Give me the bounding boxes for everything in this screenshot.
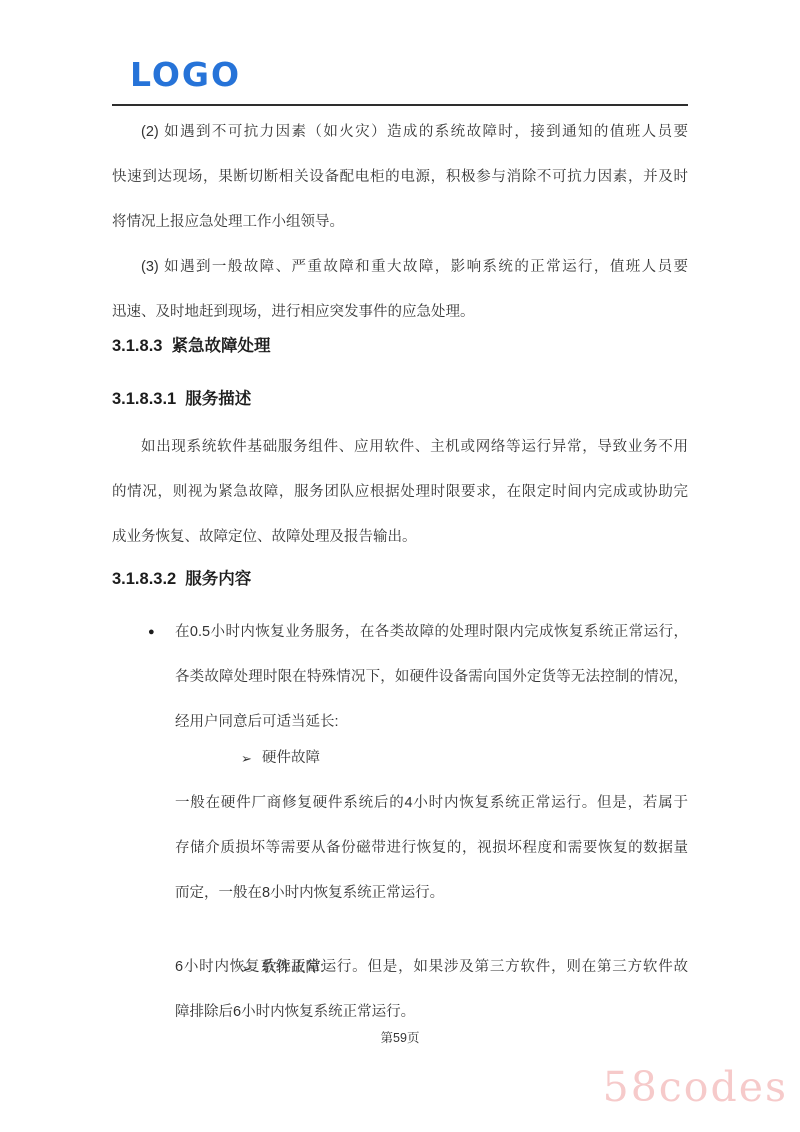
paragraph-3: (3) 如遇到一般故障、严重故障和重大故障，影响系统的正常运行，值班人员要 迅速… — [112, 245, 688, 335]
heading-number: 3.1.8.3.1 — [112, 390, 176, 408]
paragraph-line: 一般在硬件厂商修复硬件系统后的4小时内恢复系统正常运行。但是，若属于 — [112, 781, 688, 826]
paragraph-line: 的情况，则视为紧急故障，服务团队应根据处理时限要求，在限定时间内完成或协助完 — [112, 470, 688, 515]
header-divider — [112, 104, 688, 106]
bullet-line: 在0.5小时内恢复业务服务，在各类故障的处理时限内完成恢复系统正常运行， — [112, 610, 688, 655]
sub-bullet-hardware: ➢ 硬件故障 — [112, 736, 688, 781]
heading-number: 3.1.8.3 — [112, 337, 162, 355]
paragraph-line: 将情况上报应急处理工作小组领导。 — [112, 200, 688, 245]
paragraph-line: 6小时内恢复系统正常运行。但是，如果涉及第三方软件，则在第三方软件故 — [112, 945, 688, 990]
page-number: 第59页 — [0, 1028, 800, 1046]
paragraph-line: 存储介质损坏等需要从备份磁带进行恢复的，视损坏程度和需要恢复的数据量 — [112, 826, 688, 871]
paragraph-line: 快速到达现场，果断切断相关设备配电柜的电源，积极参与消除不可抗力因素，并及时 — [112, 155, 688, 200]
bullet-icon: ● — [148, 610, 155, 655]
company-logo: LOGO — [130, 55, 241, 94]
paragraph-2: (2) 如遇到不可抗力因素（如火灾）造成的系统故障时，接到通知的值班人员要 快速… — [112, 110, 688, 245]
paragraph-line: 如出现系统软件基础服务组件、应用软件、主机或网络等运行异常，导致业务不用 — [112, 425, 688, 470]
watermark-text: 58codes — [603, 1063, 788, 1111]
heading-text: 紧急故障处理 — [171, 337, 270, 355]
paragraph-line: 而定，一般在8小时内恢复系统正常运行。 — [112, 871, 688, 916]
arrow-bullet-icon: ➢ — [241, 736, 252, 781]
section-heading-3-1-8-3: 3.1.8.3紧急故障处理 — [112, 324, 688, 369]
software-fault-paragraph: 6小时内恢复系统正常运行。但是，如果涉及第三方软件，则在第三方软件故 障排除后6… — [112, 945, 688, 1035]
document-page: LOGO (2) 如遇到不可抗力因素（如火灾）造成的系统故障时，接到通知的值班人… — [0, 0, 800, 1132]
paragraph-line: 成业务恢复、故障定位、故障处理及报告输出。 — [112, 515, 688, 560]
heading-text: 服务内容 — [185, 570, 251, 588]
service-description-paragraph: 如出现系统软件基础服务组件、应用软件、主机或网络等运行异常，导致业务不用 的情况… — [112, 425, 688, 560]
bullet-item-recovery: ● 在0.5小时内恢复业务服务，在各类故障的处理时限内完成恢复系统正常运行， 各… — [112, 610, 688, 745]
section-heading-3-1-8-3-2: 3.1.8.3.2服务内容 — [112, 557, 688, 602]
sub-bullet-label: 硬件故障 — [112, 736, 688, 781]
bullet-line: 各类故障处理时限在特殊情况下，如硬件设备需向国外定货等无法控制的情况， — [112, 655, 688, 700]
paragraph-line: (3) 如遇到一般故障、严重故障和重大故障，影响系统的正常运行，值班人员要 — [112, 245, 688, 290]
section-heading-3-1-8-3-1: 3.1.8.3.1服务描述 — [112, 377, 688, 422]
paragraph-line: (2) 如遇到不可抗力因素（如火灾）造成的系统故障时，接到通知的值班人员要 — [112, 110, 688, 155]
heading-text: 服务描述 — [185, 390, 251, 408]
heading-number: 3.1.8.3.2 — [112, 570, 176, 588]
hardware-fault-paragraph: 一般在硬件厂商修复硬件系统后的4小时内恢复系统正常运行。但是，若属于 存储介质损… — [112, 781, 688, 916]
